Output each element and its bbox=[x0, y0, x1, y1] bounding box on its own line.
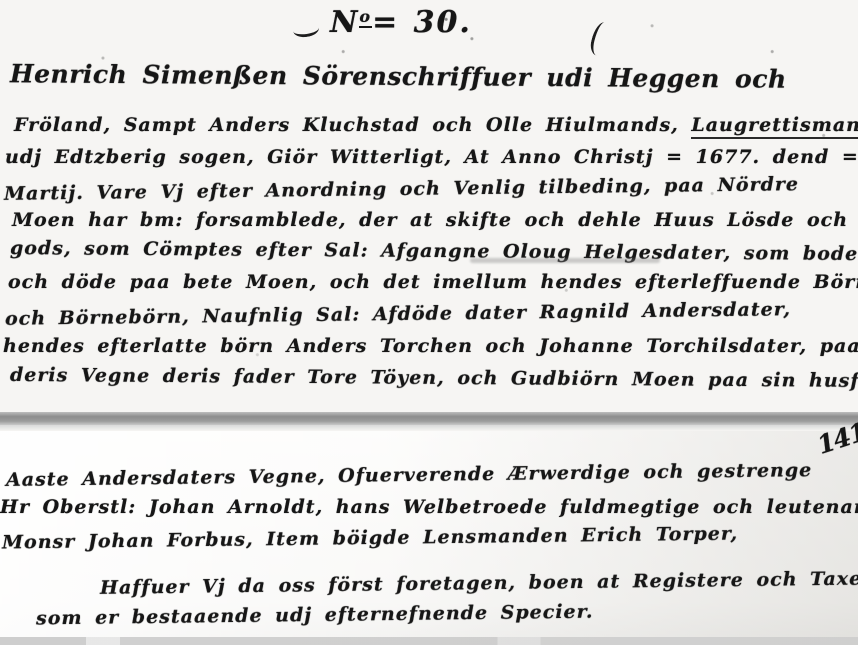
ink-smudge bbox=[470, 258, 660, 263]
manuscript-line: Martij. Vare Vj efter Anordning och Venl… bbox=[4, 169, 799, 209]
ink-flourish bbox=[588, 20, 613, 57]
heading-n: N bbox=[330, 5, 359, 40]
manuscript-scan: No= 30. Henrich Simenßen Sörenschriffuer… bbox=[0, 0, 858, 645]
scan-divider bbox=[0, 412, 858, 425]
manuscript-line: Fröland, Sampt Anders Kluchstad och Olle… bbox=[14, 110, 858, 140]
opening-line: Henrich Simenßen Sörenschriffuer udi Heg… bbox=[10, 59, 787, 94]
manuscript-line: och Börnebörn, Naufnlig Sal: Afdöde date… bbox=[5, 294, 791, 334]
scan-bottom-edge bbox=[0, 637, 858, 645]
manuscript-line: gods, som Cömptes efter Sal: Afgangne Ol… bbox=[10, 233, 858, 269]
ink-flourish bbox=[292, 20, 320, 38]
manuscript-line: hendes efterlatte börn Anders Torchen oc… bbox=[3, 331, 858, 361]
manuscript-line: och döde paa bete Moen, och det imellum … bbox=[8, 267, 858, 297]
manuscript-line: Hr Oberstl: Johan Arnoldt, hans Welbetro… bbox=[0, 492, 858, 522]
line2-pre: Fröland, Sampt Anders Kluchstad och Olle… bbox=[14, 114, 691, 136]
line2-underlined-word: Laugrettismand bbox=[691, 114, 858, 139]
manuscript-line: udj Edtzberig sogen, Giör Witterligt, At… bbox=[5, 142, 858, 172]
heading-rest: = 30. bbox=[372, 5, 472, 40]
heading-superscript: o bbox=[359, 7, 372, 28]
document-number-heading: No= 30. bbox=[330, 2, 472, 38]
manuscript-line: deris Vegne deris fader Tore Töyen, och … bbox=[10, 360, 858, 396]
manuscript-line: Moen har bm: forsamblede, der at skifte … bbox=[12, 205, 858, 235]
